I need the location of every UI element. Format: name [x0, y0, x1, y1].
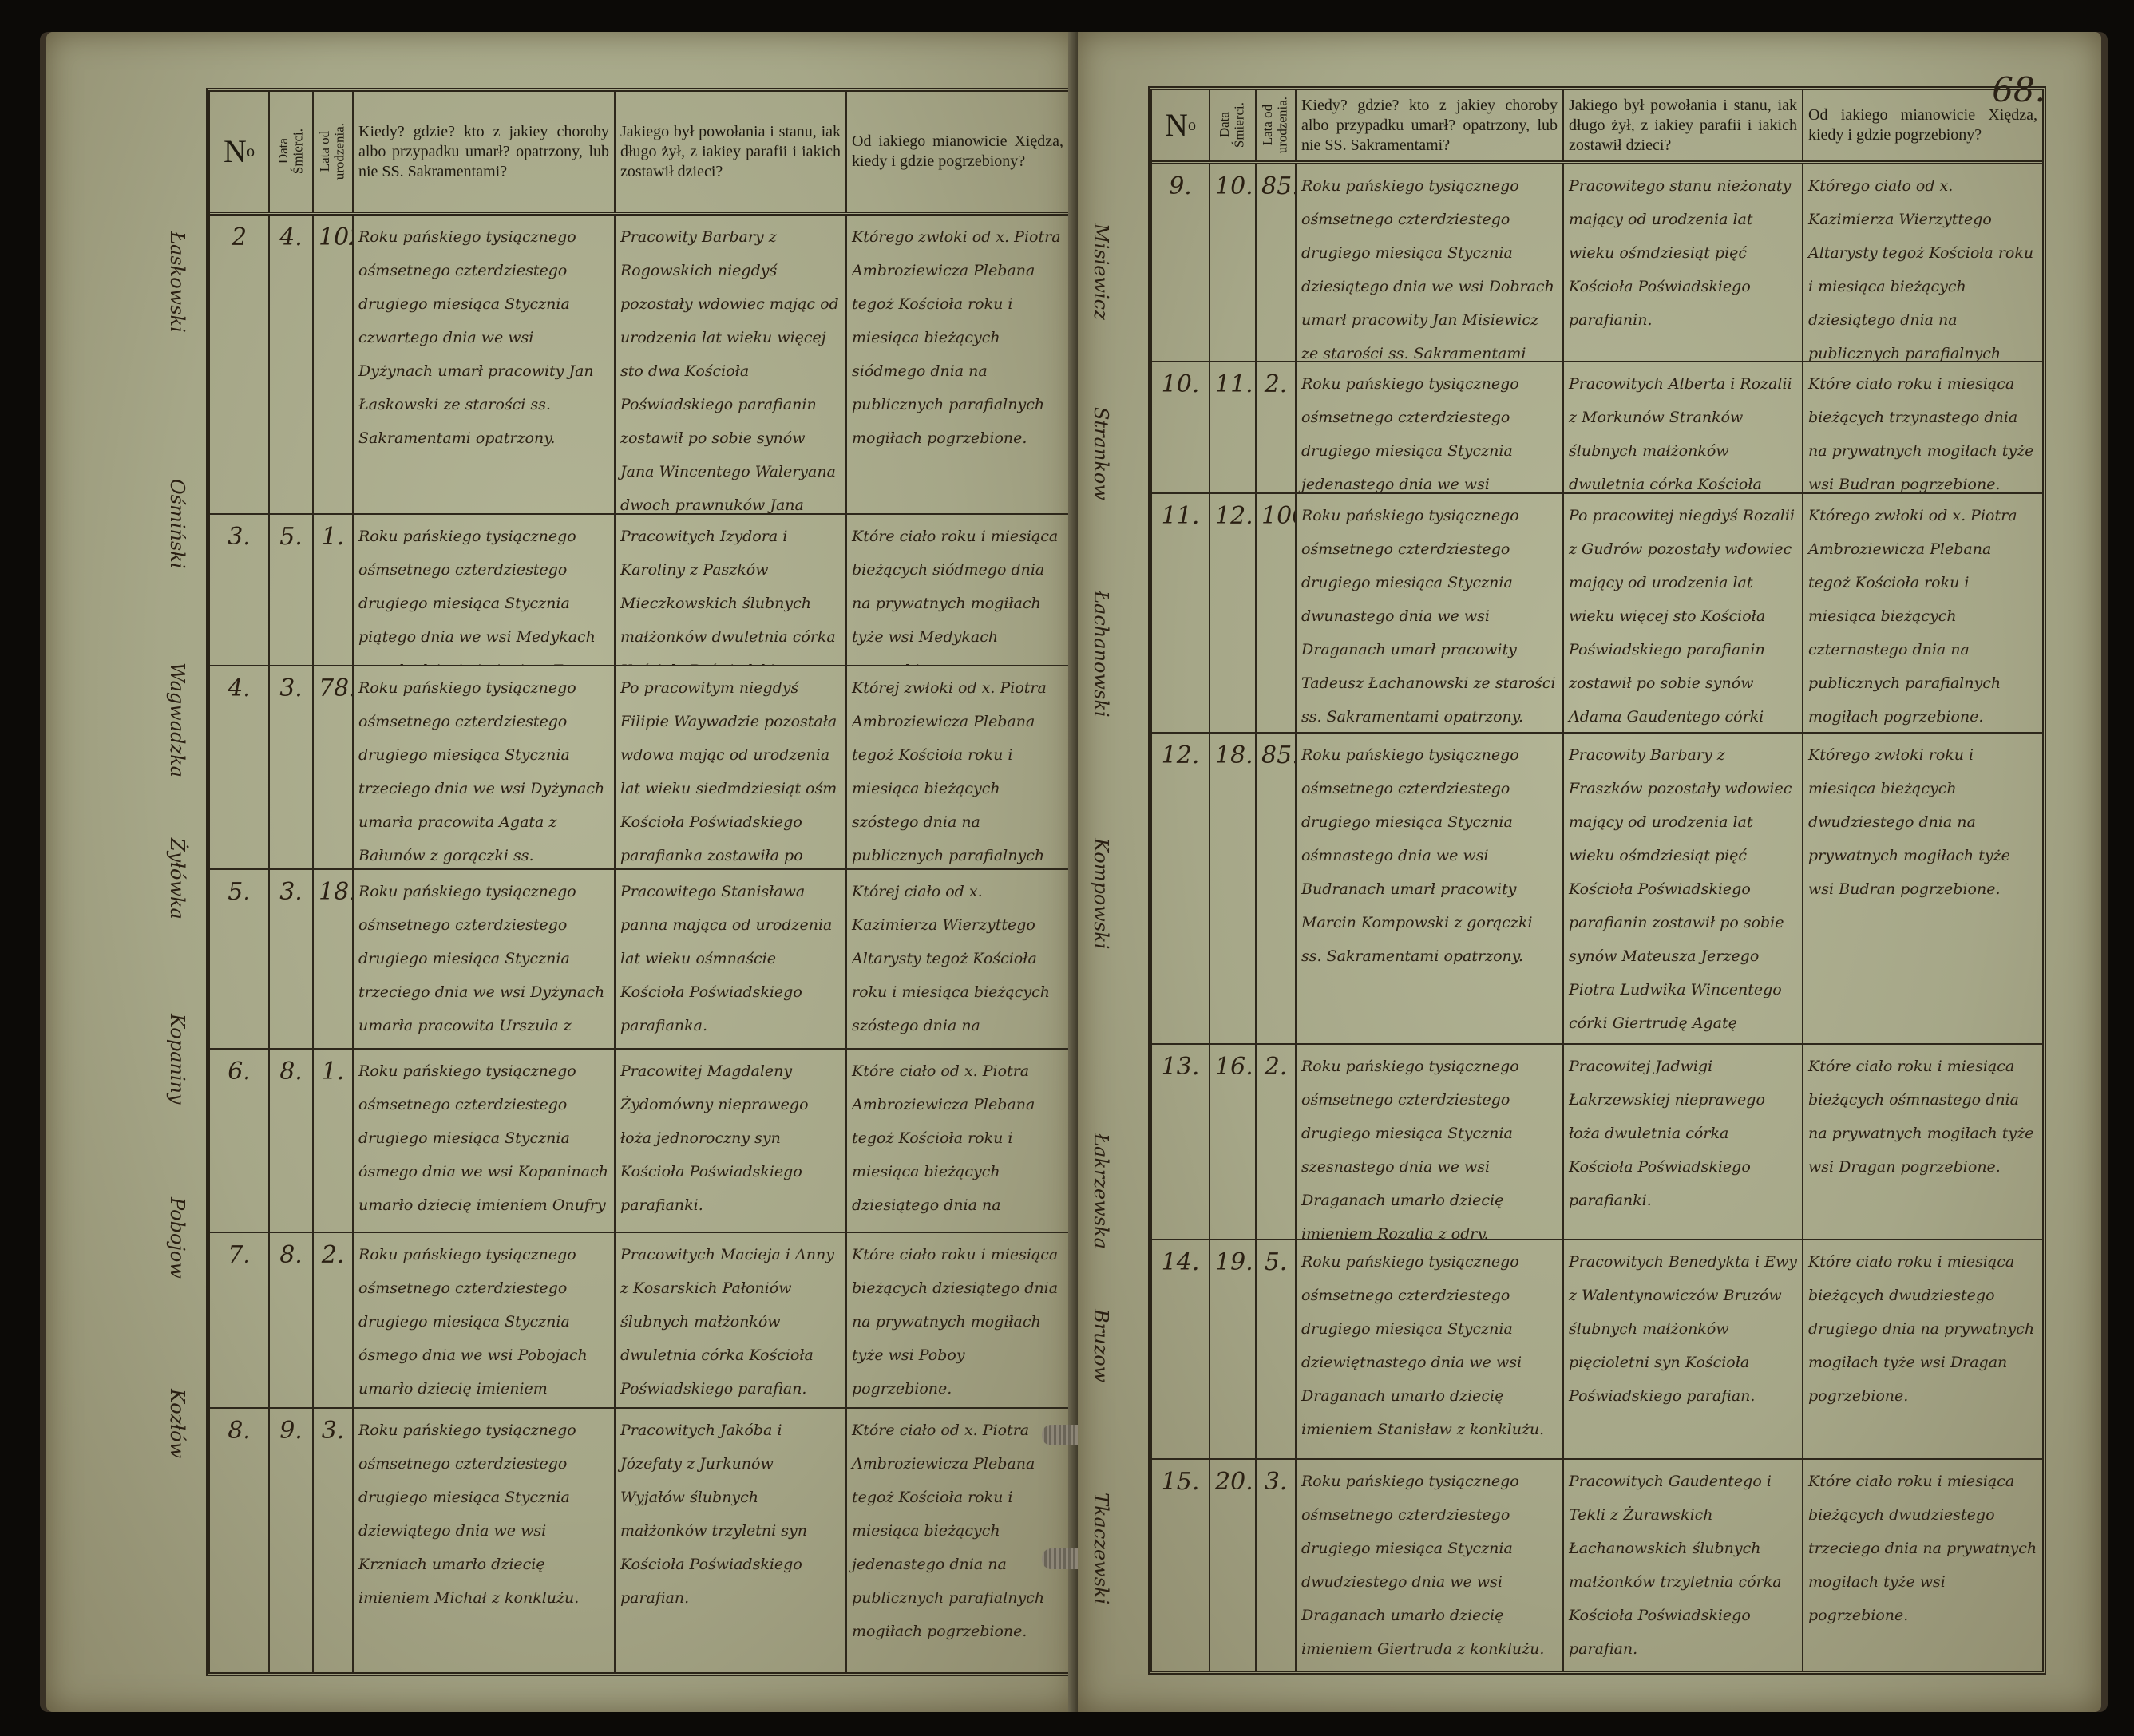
- margin-name: Żyłówka: [166, 838, 188, 919]
- table-row: 14. 19. 5. Roku pańskiego tysiącznego oś…: [1152, 1240, 2042, 1460]
- table-header: No Data Śmierci. Lata od urodzenia. Kied…: [1152, 90, 2042, 164]
- header-occupation: Jakiego był powołania i stanu, iak długo…: [1564, 90, 1803, 160]
- left-page: Łaskowski Ośmiński Wagwadzka Żyłówka Kop…: [46, 32, 1076, 1712]
- table-row: 15. 20. 3. Roku pańskiego tysiącznego oś…: [1152, 1460, 2042, 1671]
- header-burial: Od iakiego mianowicie Xiędza, kiedy i gd…: [847, 92, 1068, 212]
- header-occupation: Jakiego był powołania i stanu, iak długo…: [616, 92, 847, 212]
- margin-name: Łaskowski: [166, 231, 188, 333]
- margin-name: Misiewicz: [1090, 223, 1112, 320]
- header-when-where: Kiedy? gdzie? kto z jakiey choroby albo …: [354, 92, 616, 212]
- margin-name: Wagwadzka: [166, 662, 188, 777]
- table-row: 5. 3. 18. Roku pańskiego tysiącznego ośm…: [210, 870, 1068, 1050]
- margin-name: Kompowski: [1090, 838, 1112, 949]
- margin-name: Bruzow: [1090, 1309, 1112, 1382]
- header-date-of-death: Data Śmierci.: [270, 92, 314, 212]
- table-row: 11. 12. 100 Roku pańskiego tysiącznego o…: [1152, 494, 2042, 734]
- header-number: No: [1152, 90, 1210, 160]
- death-register-table: No Data Śmierci. Lata od urodzenia. Kied…: [1148, 86, 2046, 1675]
- death-register-table: No Data Śmierci. Lata od urodzenia. Kied…: [206, 88, 1072, 1676]
- table-body: 2 4. 102 Roku pańskiego tysiącznego ośms…: [210, 216, 1068, 1672]
- table-body: 9. 10. 85. Roku pańskiego tysiącznego oś…: [1152, 164, 2042, 1671]
- header-number: No: [210, 92, 270, 212]
- margin-name: Kopaniny: [166, 1014, 188, 1105]
- table-row: 7. 8. 2. Roku pańskiego tysiącznego ośms…: [210, 1233, 1068, 1409]
- margin-name: Strankow: [1090, 407, 1112, 500]
- table-row: 9. 10. 85. Roku pańskiego tysiącznego oś…: [1152, 164, 2042, 362]
- margin-name: Łachanowski: [1090, 591, 1112, 718]
- margin-name: Ośmiński: [166, 479, 188, 568]
- header-age: Lata od urodzenia.: [314, 92, 354, 212]
- table-header: No Data Śmierci. Lata od urodzenia. Kied…: [210, 92, 1068, 216]
- table-row: 8. 9. 3. Roku pańskiego tysiącznego ośms…: [210, 1409, 1068, 1672]
- margin-name: Łakrzewska: [1090, 1133, 1112, 1249]
- right-page: 68. Misiewicz Strankow Łachanowski Kompo…: [1078, 32, 2101, 1712]
- table-row: 13. 16. 2. Roku pańskiego tysiącznego oś…: [1152, 1045, 2042, 1240]
- table-row: 4. 3. 78. Roku pańskiego tysiącznego ośm…: [210, 666, 1068, 870]
- table-row: 12. 18. 85. Roku pańskiego tysiącznego o…: [1152, 734, 2042, 1045]
- header-date-of-death: Data Śmierci.: [1210, 90, 1257, 160]
- table-row: 2 4. 102 Roku pańskiego tysiącznego ośms…: [210, 216, 1068, 515]
- table-row: 6. 8. 1. Roku pańskiego tysiącznego ośms…: [210, 1050, 1068, 1233]
- margin-name: Kozłów: [166, 1389, 188, 1458]
- header-burial: Od iakiego mianowicie Xiędza, kiedy i gd…: [1803, 90, 2042, 160]
- header-when-where: Kiedy? gdzie? kto z jakiey choroby albo …: [1297, 90, 1564, 160]
- open-register-book: Łaskowski Ośmiński Wagwadzka Żyłówka Kop…: [40, 32, 2108, 1712]
- table-row: 10. 11. 2. Roku pańskiego tysiącznego oś…: [1152, 362, 2042, 494]
- header-age: Lata od urodzenia.: [1257, 90, 1297, 160]
- margin-name: Pobojow: [166, 1197, 188, 1279]
- table-row: 3. 5. 1. Roku pańskiego tysiącznego ośms…: [210, 515, 1068, 666]
- margin-name: Tkaczewski: [1090, 1493, 1112, 1604]
